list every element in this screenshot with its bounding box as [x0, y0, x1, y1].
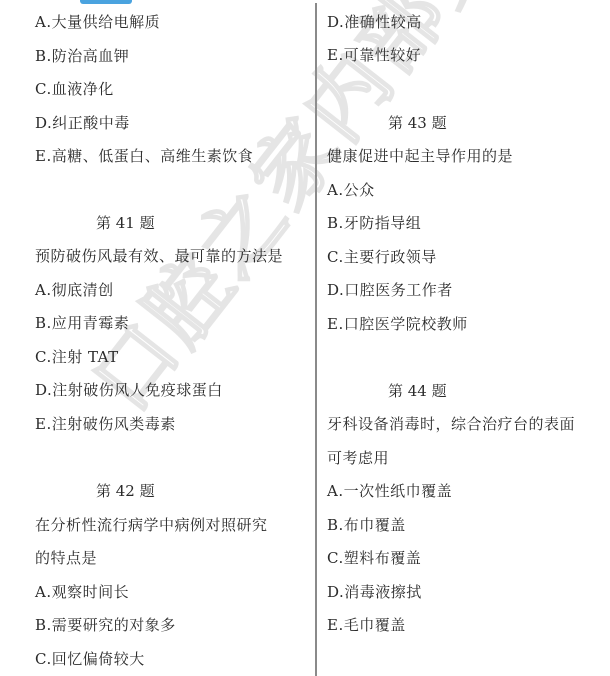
option-c: C.回忆偏倚较大 — [35, 649, 145, 669]
column-divider — [315, 3, 317, 676]
question-stem-line-1: 牙科设备消毒时，综合治疗台的表面 — [327, 414, 575, 434]
option-b: B.牙防指导组 — [327, 213, 421, 233]
option-b: B.布巾覆盖 — [327, 515, 406, 535]
option-a: A.大量供给电解质 — [35, 12, 160, 32]
option-d: D.口腔医务工作者 — [327, 280, 453, 300]
option-e: E.可靠性较好 — [327, 45, 421, 65]
option-c: C.塑料布覆盖 — [327, 548, 421, 568]
question-title: 第 44 题 — [388, 381, 447, 401]
option-a: A.公众 — [327, 180, 375, 200]
question-stem: 预防破伤风最有效、最可靠的方法是 — [35, 246, 283, 266]
option-e: E.高糖、低蛋白、高维生素饮食 — [35, 146, 253, 166]
option-d: D.注射破伤风人免疫球蛋白 — [35, 380, 223, 400]
option-c: C.血液净化 — [35, 79, 114, 99]
option-e: E.口腔医学院校教师 — [327, 314, 468, 334]
option-e: E.毛巾覆盖 — [327, 615, 406, 635]
option-b: B.需要研究的对象多 — [35, 615, 176, 635]
question-stem-line-2: 可考虑用 — [327, 448, 389, 468]
option-a: A.观察时间长 — [35, 582, 129, 602]
option-e: E.注射破伤风类毒素 — [35, 414, 176, 434]
option-b: B.防治高血钾 — [35, 46, 129, 66]
option-d: D.消毒液擦拭 — [327, 582, 422, 602]
question-stem-line-1: 在分析性流行病学中病例对照研究 — [35, 515, 268, 535]
question-title: 第 43 题 — [388, 113, 447, 133]
question-title: 第 41 题 — [96, 213, 155, 233]
top-accent-bar — [80, 0, 132, 4]
option-c: C.注射 TAT — [35, 347, 119, 367]
option-a: A.彻底清创 — [35, 280, 114, 300]
option-d: D.纠正酸中毒 — [35, 113, 130, 133]
option-d: D.准确性较高 — [327, 12, 422, 32]
question-stem-line-2: 的特点是 — [35, 548, 97, 568]
option-c: C.主要行政领导 — [327, 247, 437, 267]
option-a: A.一次性纸巾覆盖 — [327, 481, 452, 501]
option-b: B.应用青霉素 — [35, 313, 129, 333]
question-title: 第 42 题 — [96, 481, 155, 501]
question-stem: 健康促进中起主导作用的是 — [327, 146, 513, 166]
